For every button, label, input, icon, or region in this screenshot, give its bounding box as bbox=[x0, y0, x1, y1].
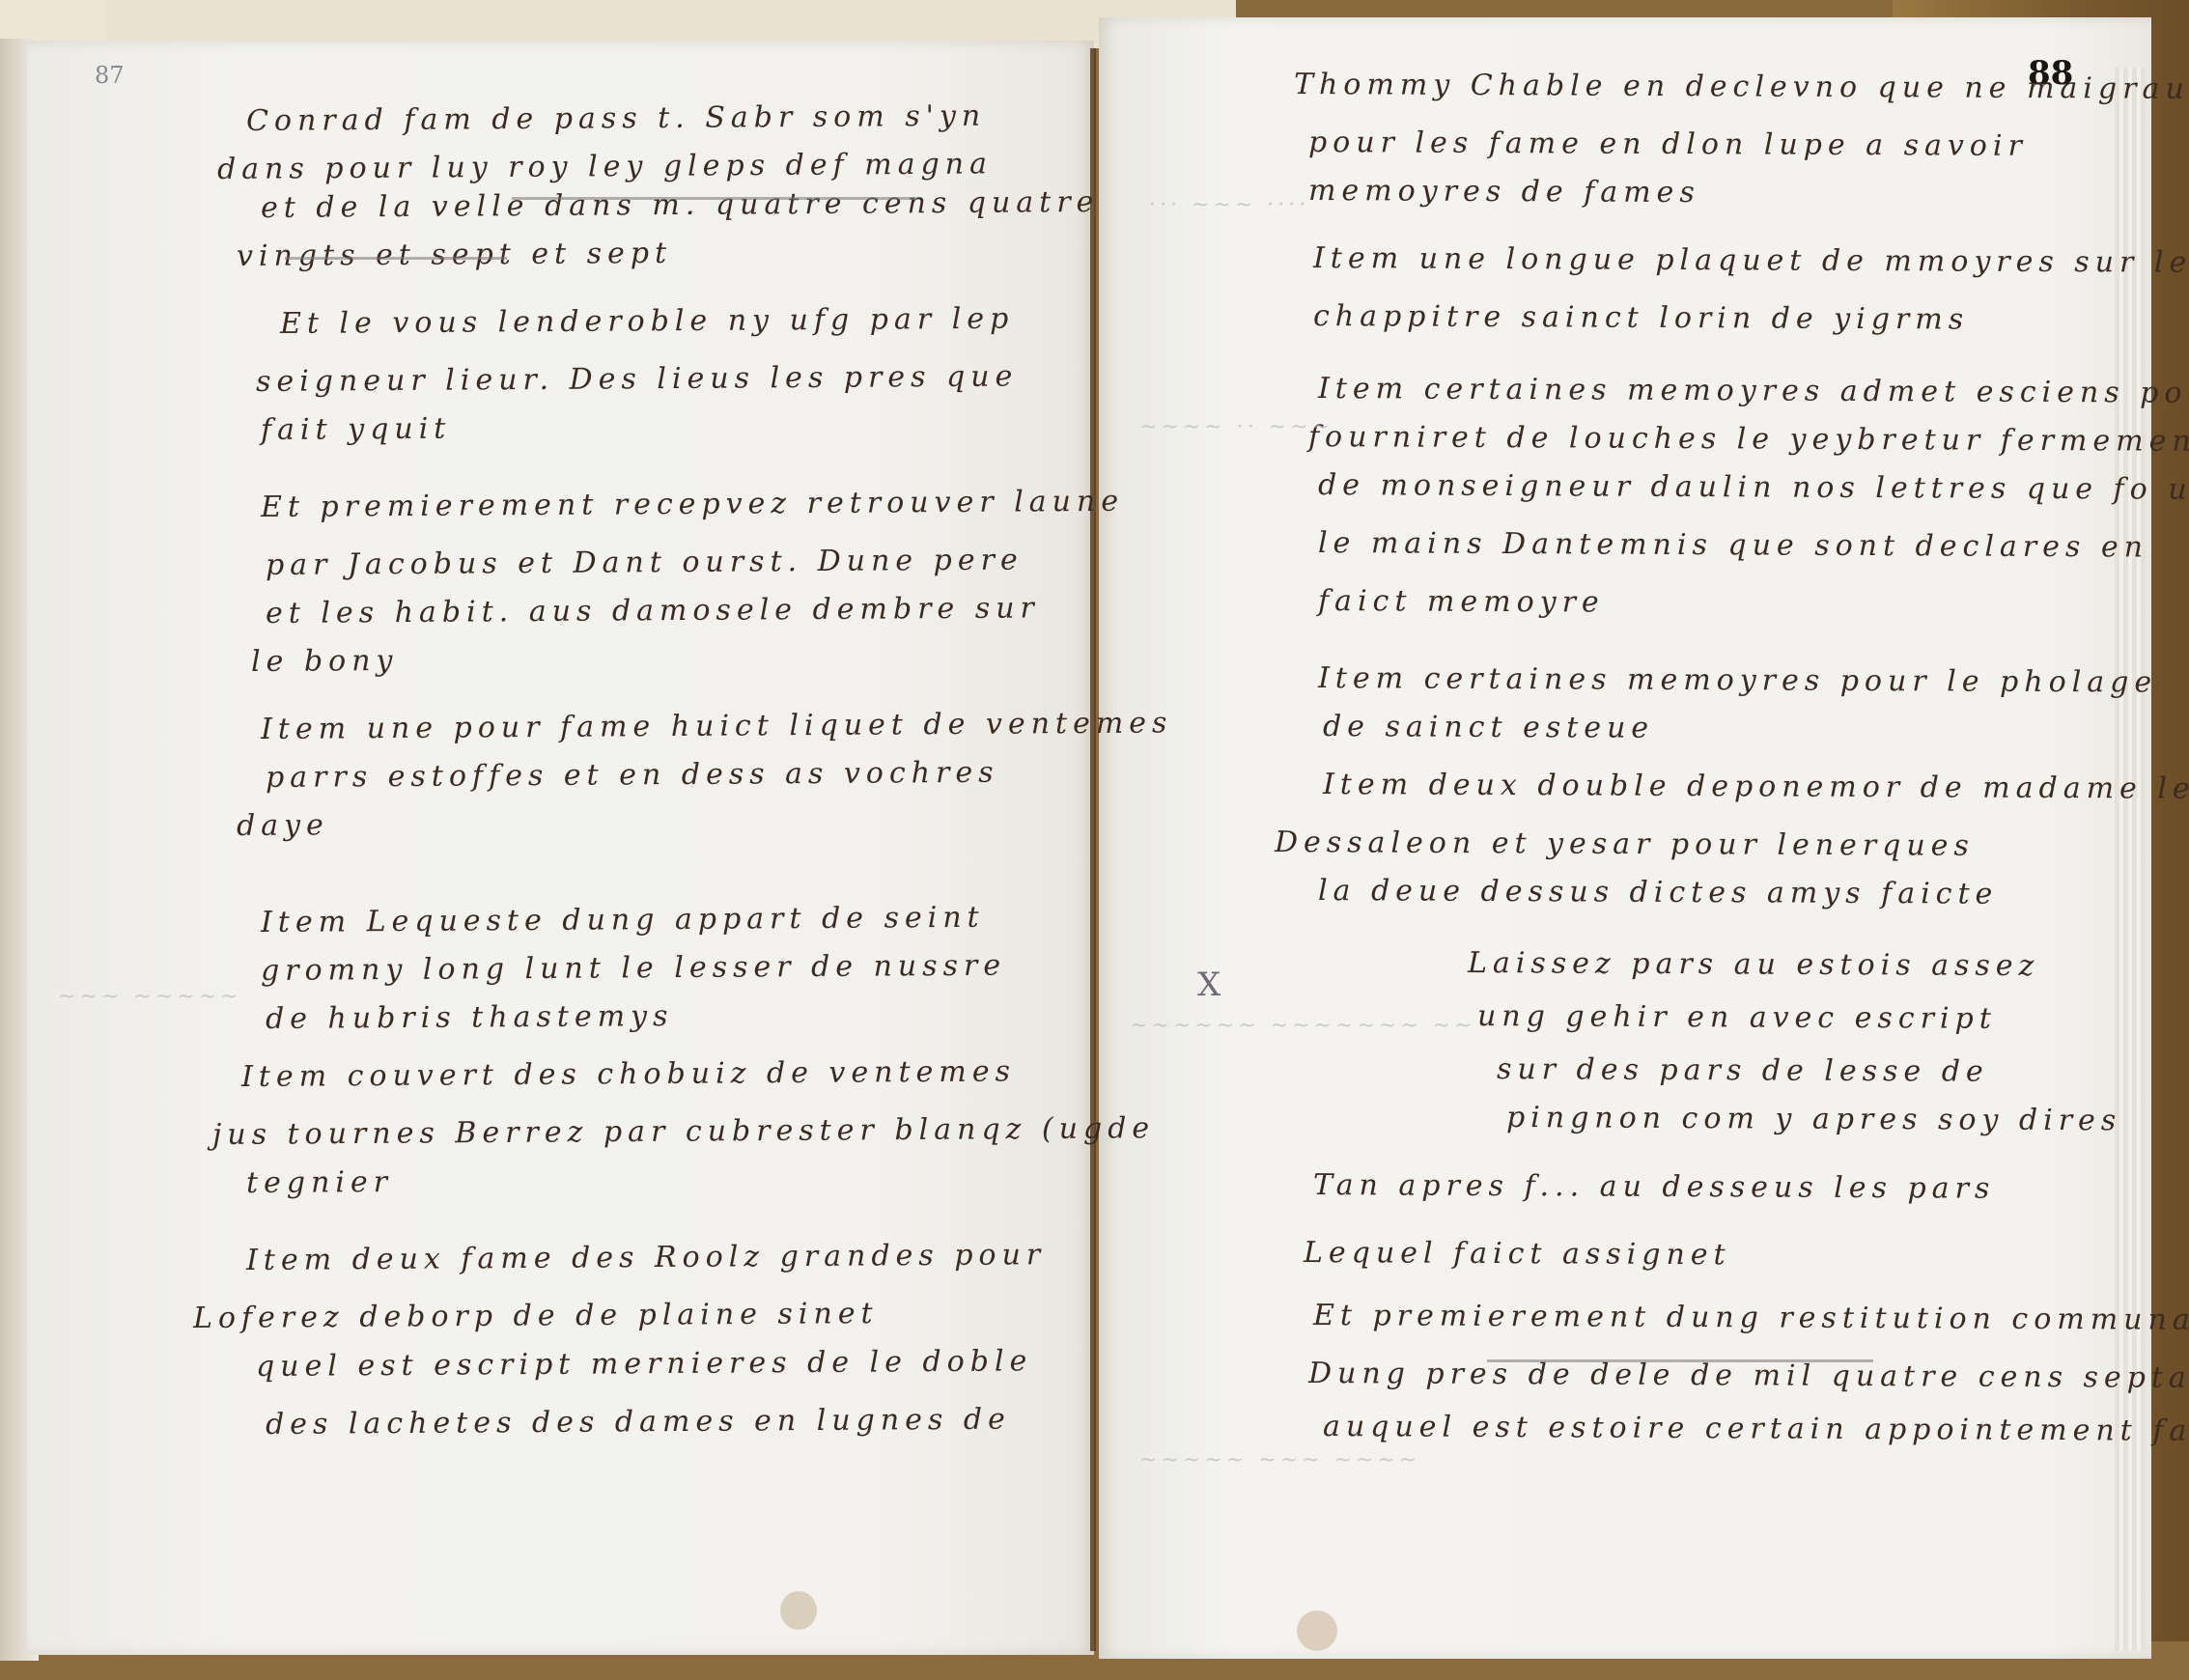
manuscript-line: Laissez pars au estois assez bbox=[1468, 946, 2040, 983]
manuscript-line: tegnier bbox=[246, 1165, 393, 1200]
manuscript-line: Item Lequeste dung appart de seint bbox=[261, 901, 985, 939]
manuscript-line: des lachetes des dames en lugnes de bbox=[266, 1403, 1011, 1442]
margin-x-mark: X bbox=[1197, 966, 1221, 1004]
underline-mark bbox=[512, 197, 917, 200]
manuscript-line: Item une pour fame huict liquet de vente… bbox=[261, 706, 1173, 746]
show-through-text: ~~~ ~~~~~ bbox=[58, 985, 241, 1009]
manuscript-line: jus tournes Berrez par cubrester blanqz … bbox=[212, 1111, 1155, 1152]
folio-mark-left: 87 bbox=[95, 62, 125, 89]
manuscript-line: Item deux double deponemor de madame le bbox=[1323, 768, 2189, 806]
manuscript-line: Thommy Chable en declevno que ne maigrau… bbox=[1294, 68, 2189, 106]
show-through-text: ~~~~ ·· ~~~ bbox=[1139, 415, 1333, 439]
stain bbox=[1297, 1610, 1337, 1651]
manuscript-line: chappitre sainct lorin de yigrms bbox=[1313, 299, 1969, 337]
manuscript-line: gromny long lunt le lesser de nussre bbox=[261, 949, 1006, 988]
manuscript-line: le mains Dantemnis que sont declares en bbox=[1318, 526, 2148, 565]
manuscript-line: parrs estoffes et en dess as vochres bbox=[266, 756, 999, 795]
manuscript-line: Et le vous lenderoble ny ufg par lep bbox=[280, 302, 1014, 341]
manuscript-line: Item certaines memoyres pour le pholage bbox=[1318, 661, 2157, 700]
manuscript-line: Et premierement recepvez retrouver laune bbox=[261, 485, 1124, 524]
manuscript-line: par Jacobus et Dant ourst. Dune pere bbox=[266, 544, 1024, 582]
manuscript-line: auquel est estoire certain appointement … bbox=[1323, 1410, 2189, 1448]
manuscript-line: fourniret de louches le yeybretur fermem… bbox=[1308, 420, 2189, 459]
manuscript-line: Dessaleon et yesar pour lenerques bbox=[1275, 826, 1975, 863]
book-gutter bbox=[1090, 48, 1096, 1651]
manuscript-line: et les habit. aus damosele dembre sur bbox=[266, 591, 1040, 630]
manuscript-line: pingnon com y apres soy dires bbox=[1506, 1101, 2121, 1137]
manuscript-line: Item deux fame des Roolz grandes pour bbox=[246, 1238, 1046, 1277]
manuscript-line: vingts et sept et sept bbox=[237, 237, 672, 273]
manuscript-line: Conrad fam de pass t. Sabr som s'yn bbox=[246, 99, 986, 138]
manuscript-line: Loferez deborp de de plaine sinet bbox=[193, 1297, 879, 1335]
manuscript-line: quel est escript mernieres de le doble bbox=[256, 1344, 1033, 1384]
manuscript-line: de sainct esteue bbox=[1323, 710, 1654, 745]
show-through-text: ~~~~~~ ~~~~~~~ ~~ bbox=[1130, 1014, 1476, 1038]
manuscript-line: de monseigneur daulin nos lettres que fo… bbox=[1318, 468, 2189, 507]
manuscript-line: la deue dessus dictes amys faicte bbox=[1318, 874, 1999, 911]
manuscript-line: pour les fame en dlon lupe a savoir bbox=[1308, 126, 2028, 163]
background-top-left bbox=[0, 0, 116, 43]
manuscript-line: Tan apres f... au desseus les pars bbox=[1313, 1168, 1996, 1206]
show-through-text: ··· ~~~ ···· bbox=[1149, 193, 1309, 217]
manuscript-line: ung gehir en avec escript bbox=[1477, 999, 1997, 1036]
manuscript-line: memoyres de fames bbox=[1308, 174, 1700, 210]
manuscript-line: Lequel faict assignet bbox=[1304, 1236, 1731, 1272]
manuscript-line: Et premierement dung restitution communa… bbox=[1313, 1299, 2189, 1337]
manuscript-line: et de la velle dans m. quatre cens quatr… bbox=[261, 185, 1100, 225]
show-through-text: ~~~~~ ~~~ ~~~~ bbox=[1139, 1448, 1420, 1472]
manuscript-line: Item certaines memoyres admet esciens po… bbox=[1318, 372, 2189, 410]
stain bbox=[780, 1591, 817, 1630]
manuscript-line: daye bbox=[237, 808, 329, 843]
manuscript-line: faict memoyre bbox=[1318, 584, 1605, 620]
manuscript-line: fait yquit bbox=[261, 412, 452, 447]
manuscript-line: Item une longue plaquet de mmoyres sur l… bbox=[1313, 241, 2189, 280]
underline-mark bbox=[1487, 1359, 1873, 1362]
manuscript-line: dans pour luy roy ley gleps def magna bbox=[217, 147, 993, 186]
manuscript-line: Dung pres de dele de mil quatre cens sep… bbox=[1308, 1357, 2189, 1395]
manuscript-line: le bony bbox=[251, 644, 399, 679]
manuscript-line: Item couvert des chobuiz de ventemes bbox=[241, 1054, 1016, 1094]
underline-mark bbox=[285, 257, 507, 260]
manuscript-line: de hubris thastemys bbox=[266, 999, 674, 1036]
manuscript-line: sur des pars de lesse de bbox=[1497, 1052, 1989, 1089]
manuscript-line: seigneur lieur. Des lieus les pres que bbox=[256, 359, 1019, 399]
